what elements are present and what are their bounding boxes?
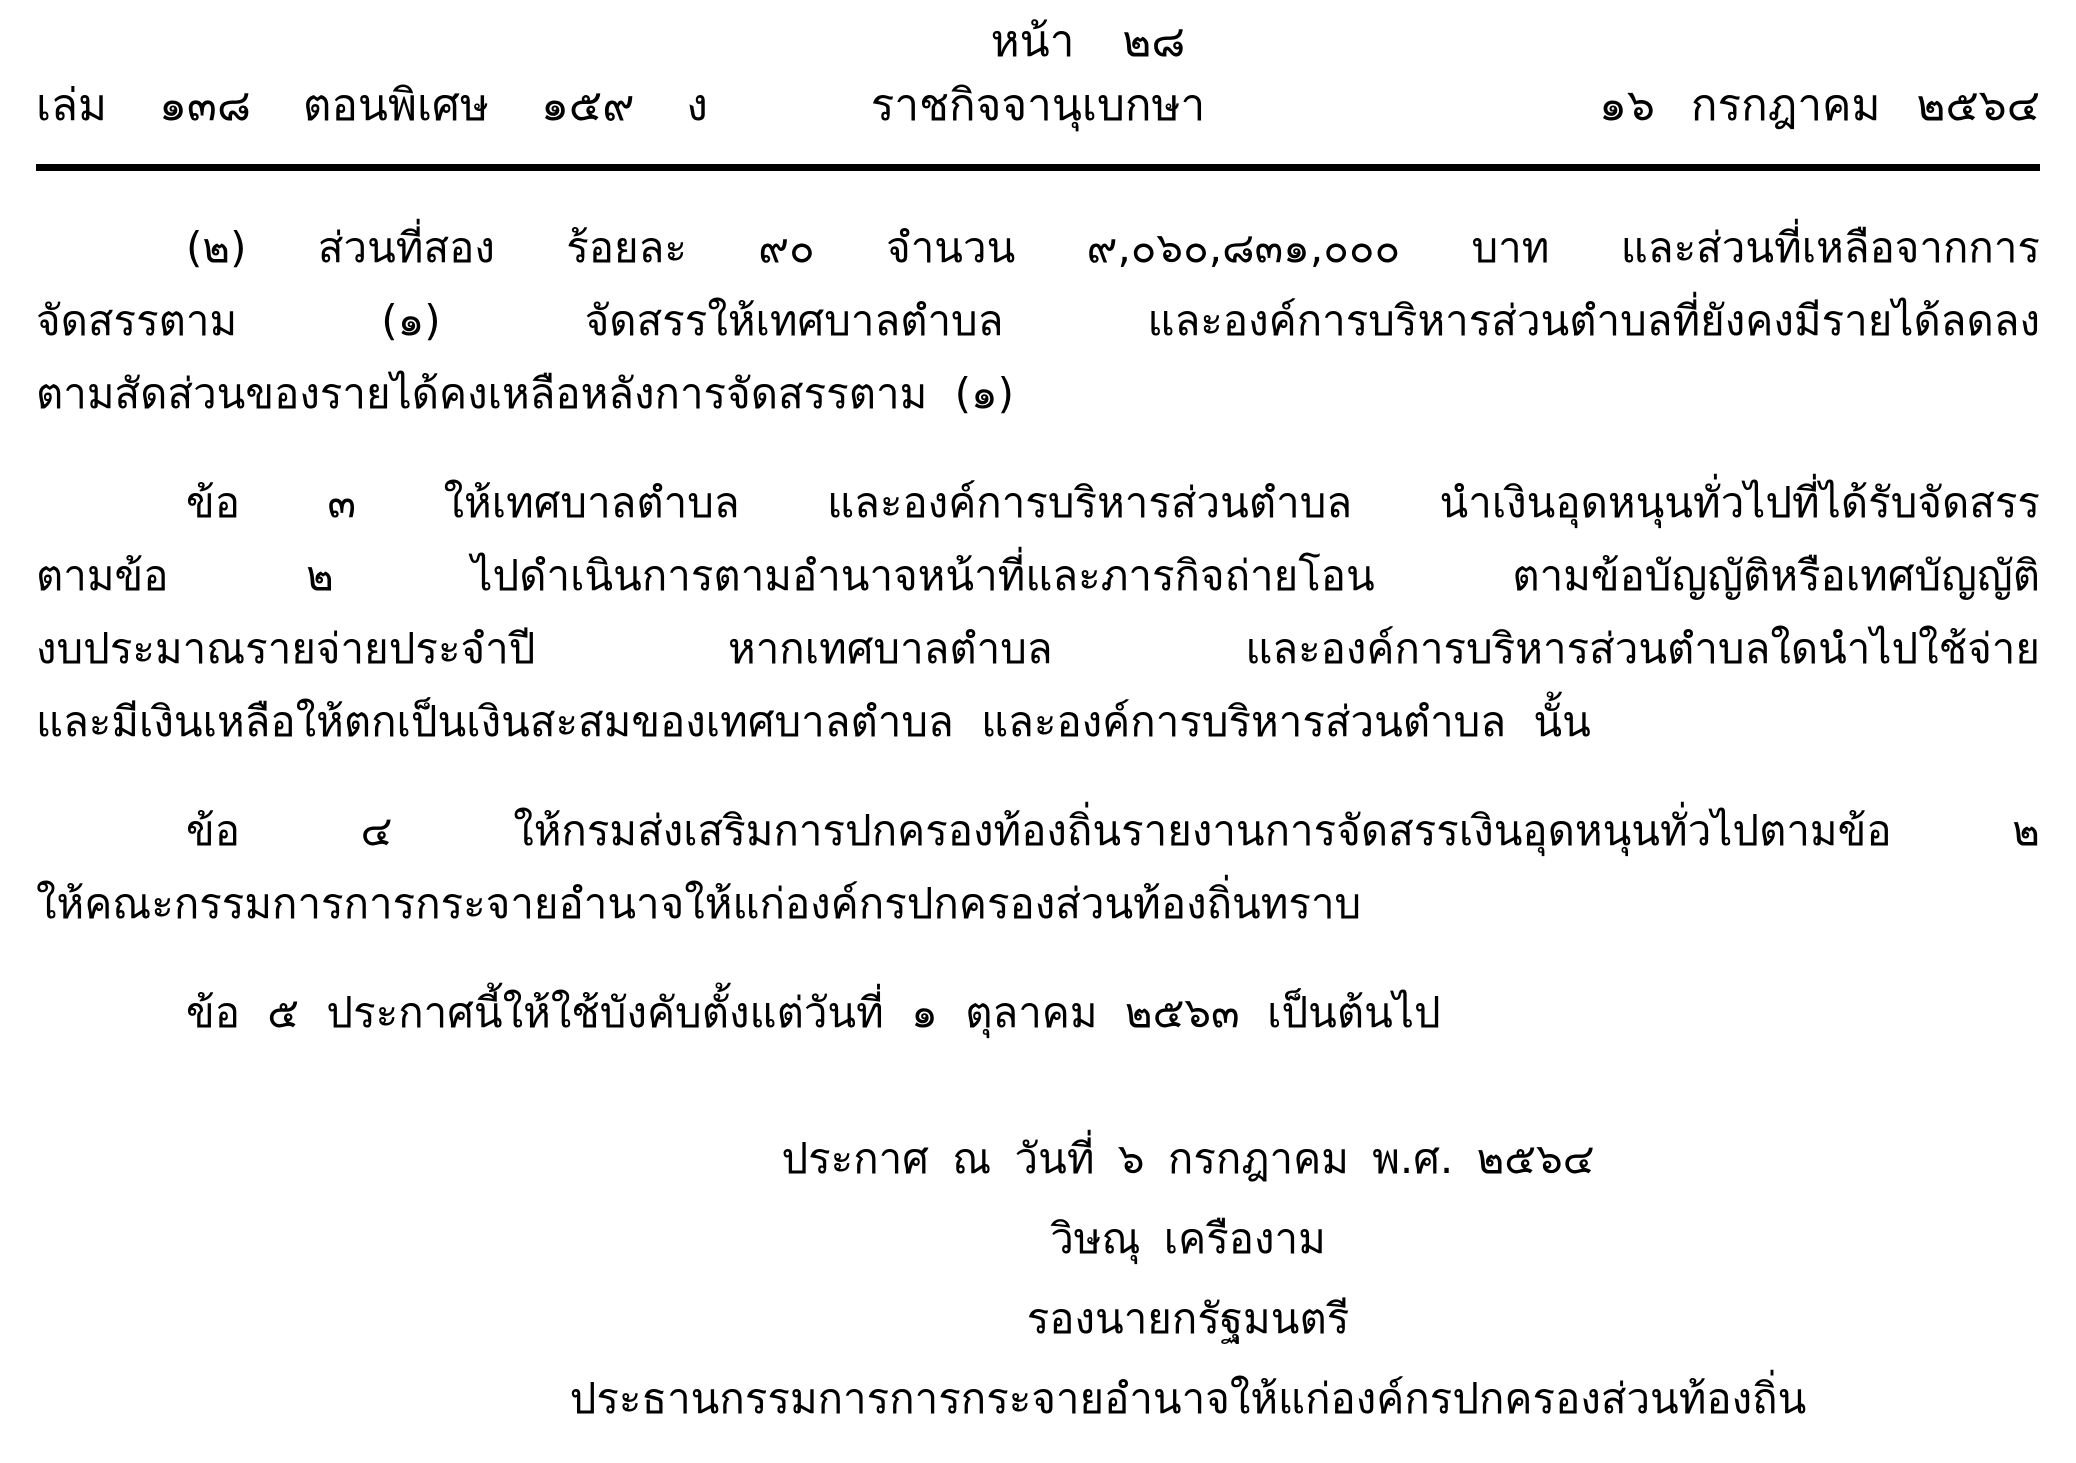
paragraph-clause-5: ข้อ ๕ ประกาศนี้ให้ใช้บังคับตั้งแต่วันที่… <box>36 976 2040 1049</box>
signature-block: ประกาศ ณ วันที่ ๖ กรกฎาคม พ.ศ. ๒๕๖๔ วิษณ… <box>186 1119 2076 1439</box>
paragraph-allocation-part-two: (๒) ส่วนที่สอง ร้อยละ ๙๐ จำนวน ๙,๐๖๐,๘๓๑… <box>36 211 2040 430</box>
gazette-title: ราชกิจจานุเบกษา <box>871 74 1206 138</box>
text-line: และมีเงินเหลือให้ตกเป็นเงินสะสมของเทศบาล… <box>36 685 2040 758</box>
paragraph-clause-4: ข้อ ๔ ให้กรมส่งเสริมการปกครองท้องถิ่นราย… <box>36 794 2040 940</box>
document-body: (๒) ส่วนที่สอง ร้อยละ ๙๐ จำนวน ๙,๐๖๐,๘๓๑… <box>36 211 2040 1049</box>
text-line: ข้อ ๓ ให้เทศบาลตำบล และองค์การบริหารส่วน… <box>36 466 2040 539</box>
text-line: จัดสรรตาม (๑) จัดสรรให้เทศบาลตำบล และองค… <box>36 284 2040 357</box>
text-line: ข้อ ๕ ประกาศนี้ให้ใช้บังคับตั้งแต่วันที่… <box>36 976 2040 1049</box>
signer-role: ประธานกรรมการการกระจายอำนาจให้แก่องค์กรป… <box>186 1359 2076 1439</box>
gazette-page: หน้า ๒๘ เล่ม ๑๓๘ ตอนพิเศษ ๑๕๙ ง ราชกิจจา… <box>0 0 2076 1439</box>
header-date: ๑๖ กรกฎาคม ๒๕๖๔ <box>1205 74 2040 138</box>
signer-title: รองนายกรัฐมนตรี <box>186 1279 2076 1359</box>
header-divider-rule <box>36 164 2040 171</box>
text-line: ตามข้อ ๒ ไปดำเนินการตามอำนาจหน้าที่และภา… <box>36 539 2040 612</box>
text-line: (๒) ส่วนที่สอง ร้อยละ ๙๐ จำนวน ๙,๐๖๐,๘๓๑… <box>36 211 2040 284</box>
announcement-date-line: ประกาศ ณ วันที่ ๖ กรกฎาคม พ.ศ. ๒๕๖๔ <box>186 1119 2076 1199</box>
text-line: ข้อ ๔ ให้กรมส่งเสริมการปกครองท้องถิ่นราย… <box>36 794 2040 867</box>
header-page-number: หน้า ๒๘ <box>86 10 2076 74</box>
header-row: เล่ม ๑๓๘ ตอนพิเศษ ๑๕๙ ง ราชกิจจานุเบกษา … <box>36 74 2040 138</box>
text-line: ให้คณะกรรมการการกระจายอำนาจให้แก่องค์กรป… <box>36 867 2040 940</box>
text-line: ตามสัดส่วนของรายได้คงเหลือหลังการจัดสรรต… <box>36 357 2040 430</box>
signer-name: วิษณุ เครืองาม <box>186 1199 2076 1279</box>
header-volume-issue: เล่ม ๑๓๘ ตอนพิเศษ ๑๕๙ ง <box>36 74 871 138</box>
paragraph-clause-3: ข้อ ๓ ให้เทศบาลตำบล และองค์การบริหารส่วน… <box>36 466 2040 758</box>
text-line: งบประมาณรายจ่ายประจำปี หากเทศบาลตำบล และ… <box>36 612 2040 685</box>
